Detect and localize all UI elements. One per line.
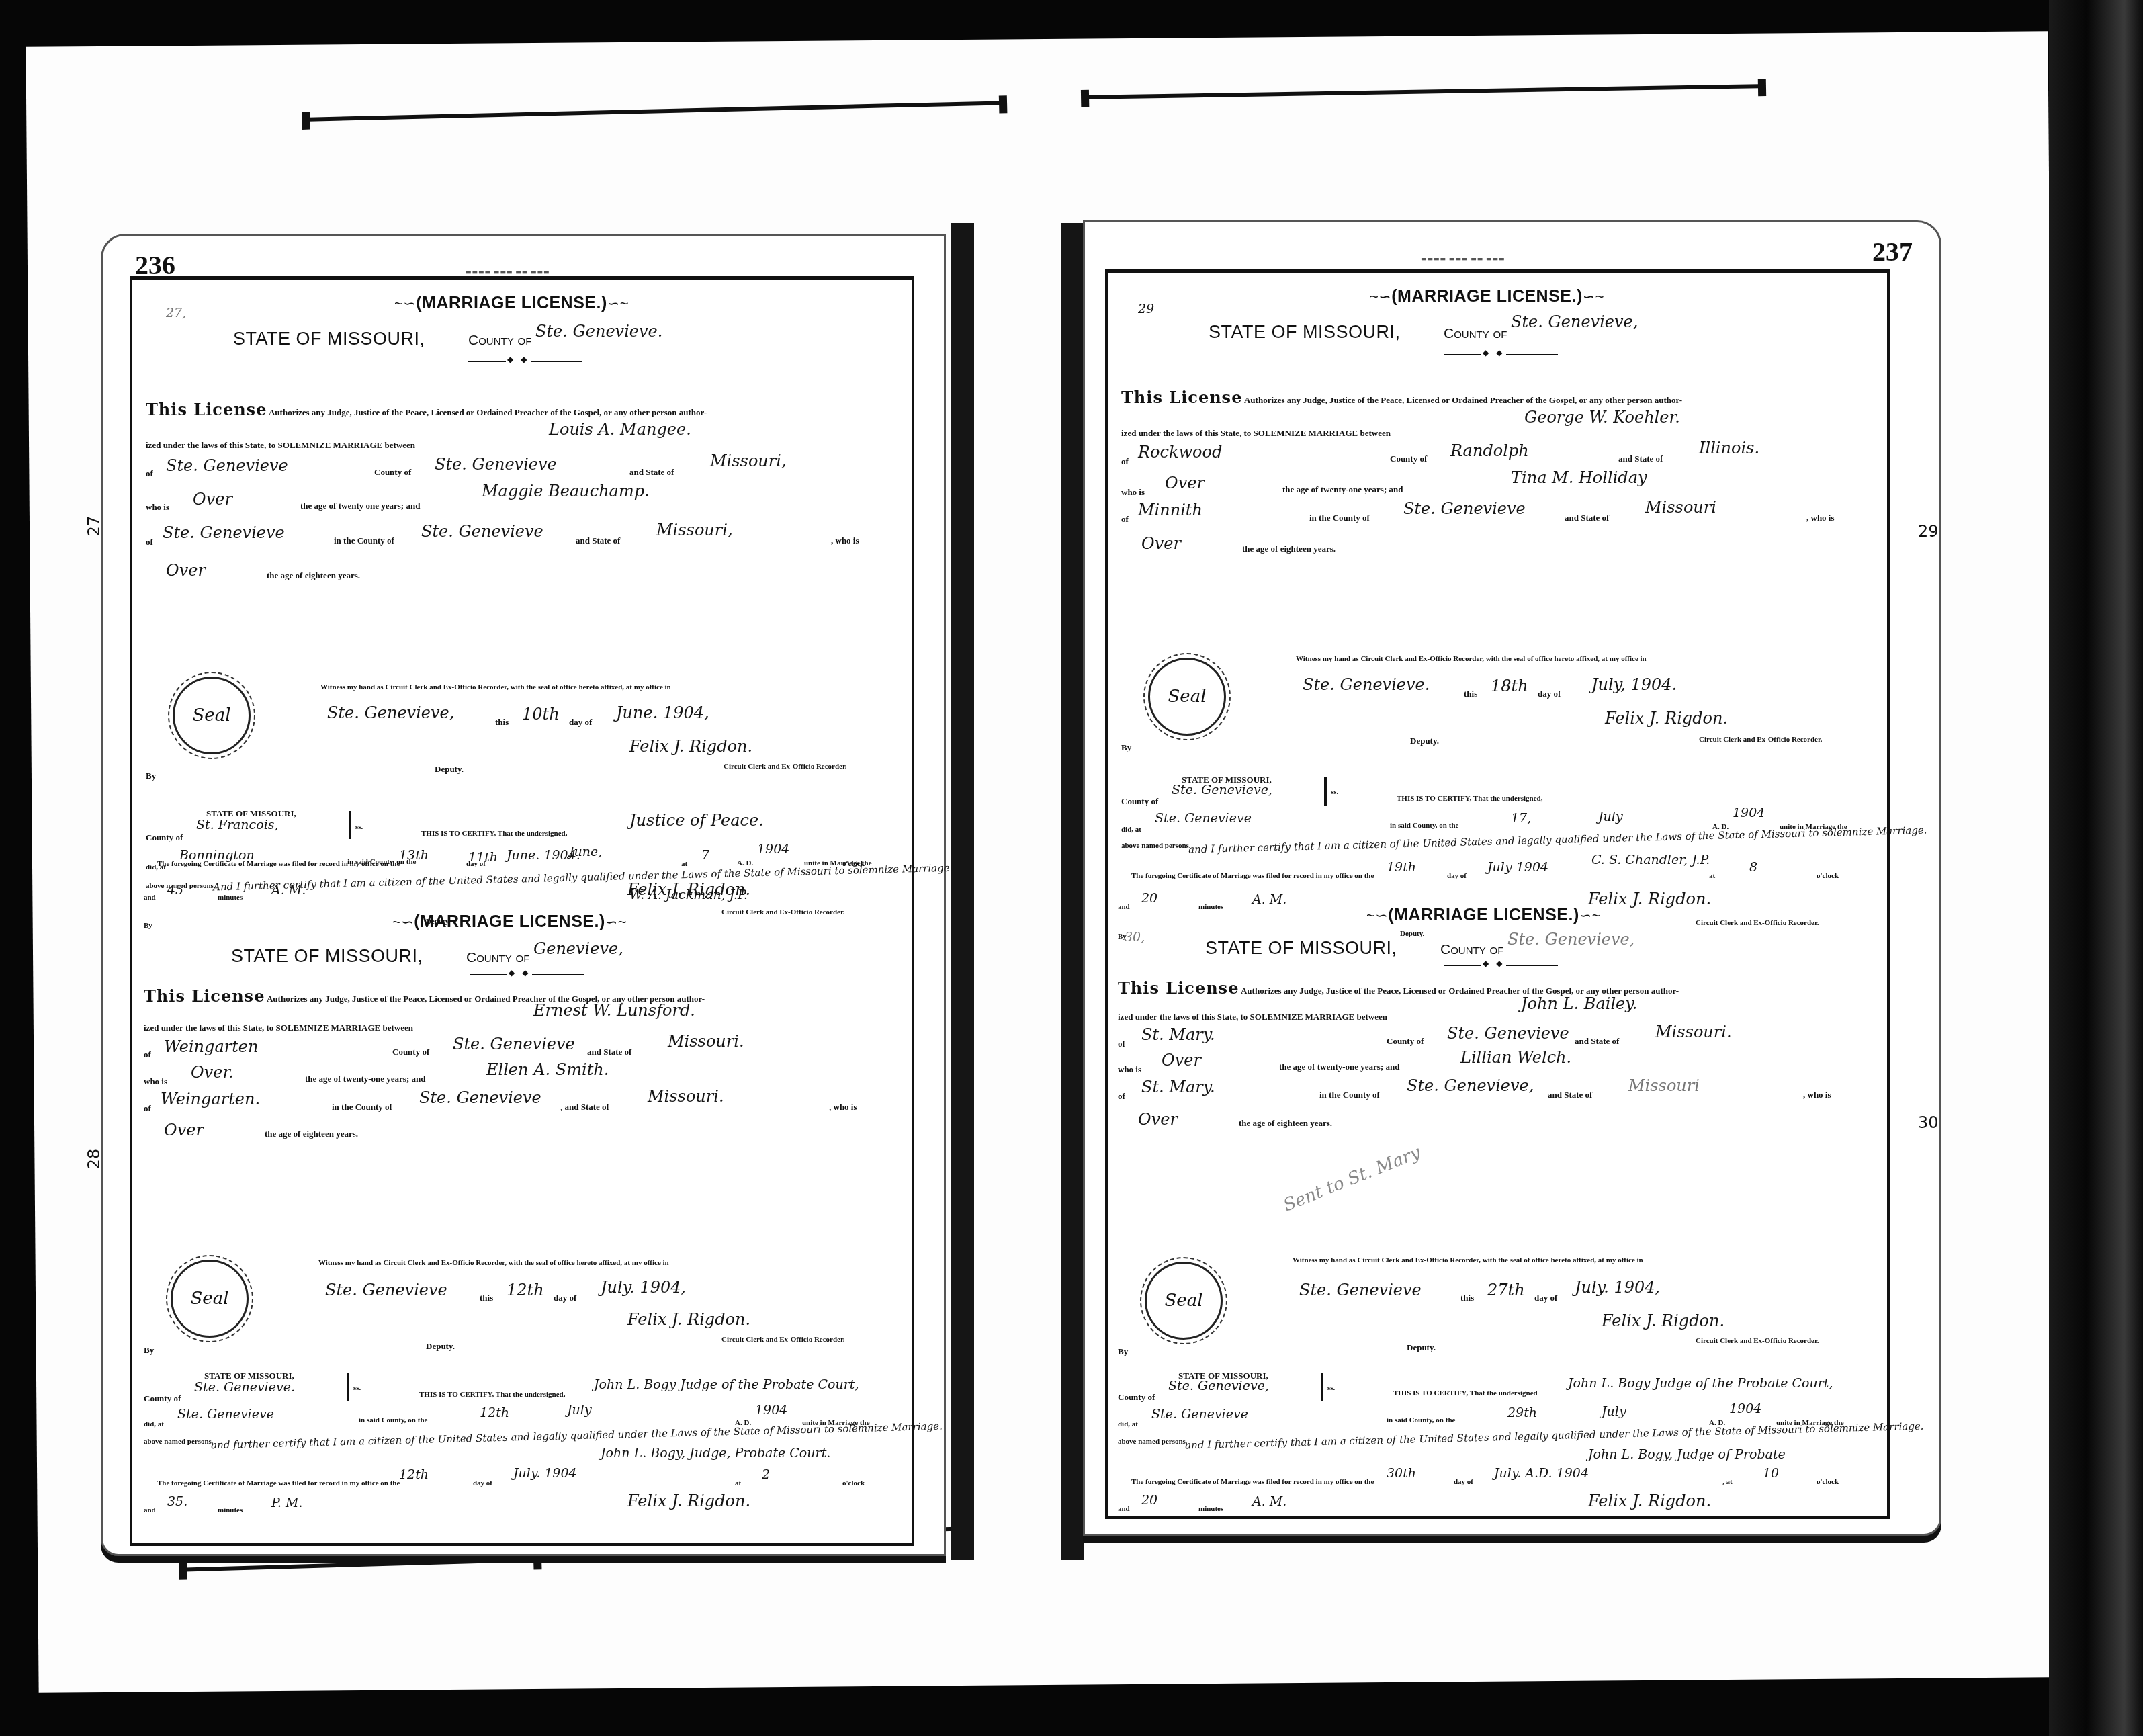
diagonal-annotation: Sent to St. Mary: [1280, 1142, 1423, 1215]
state-of-label: and State of: [1618, 453, 1663, 464]
bride-state: Missouri: [1628, 1076, 1700, 1095]
ornamental-divider: [1444, 354, 1558, 355]
deputy-label: Deputy.: [1410, 736, 1439, 746]
groom-county: Ste. Genevieve: [1447, 1024, 1569, 1043]
day-of-label: day of: [466, 860, 486, 868]
license-title: ~∽(MARRIAGE LICENSE.)∽~: [394, 294, 629, 313]
top-left-binding-rule: [308, 101, 1000, 121]
of-label: of: [144, 1049, 151, 1060]
who-is-suffix: , who is: [831, 535, 859, 546]
clerk-signature: Felix J. Rigdon.: [1602, 1311, 1724, 1330]
bride-county: Ste. Genevieve,: [1407, 1076, 1534, 1095]
ss-label: ss.: [355, 823, 363, 831]
ceremony-month: July: [1598, 810, 1623, 824]
groom-residence: Rockwood: [1138, 443, 1222, 462]
witness-day: 18th: [1491, 677, 1528, 695]
witness-month-year: July. 1904,: [601, 1278, 686, 1297]
day-of-label: day of: [569, 717, 592, 728]
ceremony-month: July: [1602, 1404, 1626, 1419]
filed-day: 12th: [399, 1467, 429, 1482]
in-said-county-label: in said County, on the: [1390, 822, 1458, 830]
license-title: ~∽(MARRIAGE LICENSE.)∽~: [392, 912, 627, 932]
officiant-title: John L. Bogy Judge of the Probate Court,: [1568, 1376, 1833, 1391]
officiant-signature: John L. Bogy, Judge, Probate Court.: [601, 1446, 830, 1461]
county-of-label: County of: [1387, 1036, 1424, 1047]
officiant-signature: John L. Bogy, Judge of Probate: [1588, 1447, 1786, 1462]
witness-day: 27th: [1487, 1281, 1525, 1299]
who-is-suffix: , who is: [1803, 1090, 1831, 1100]
bride-name: Maggie Beauchamp.: [482, 482, 650, 501]
by-label: By: [144, 1345, 154, 1356]
witness-text: Witness my hand as Circuit Clerk and Ex-…: [320, 683, 671, 691]
in-said-county-label: in said County, on the: [359, 1416, 427, 1424]
ceremony-place: Ste. Genevieve: [177, 1407, 274, 1422]
bride-age-text: the age of eighteen years.: [1242, 544, 1336, 554]
binding-gutter-right: [1061, 223, 1084, 1560]
and-label: and: [144, 894, 156, 902]
filed-ampm: P. M.: [271, 1495, 303, 1510]
ceremony-place: Ste. Genevieve: [1151, 1407, 1248, 1422]
groom-state: Missouri.: [1655, 1023, 1732, 1041]
bride-name: Lillian Welch.: [1460, 1048, 1571, 1067]
cert-county: Ste. Genevieve,: [1172, 783, 1272, 797]
deputy-label: Deputy.: [426, 1341, 455, 1352]
cert-county-label: County of: [1121, 796, 1158, 807]
filed-signature: Felix J. Rigdon.: [627, 1491, 750, 1510]
ceremony-year: 1904: [757, 842, 789, 857]
clerk-title: Circuit Clerk and Ex-Officio Recorder.: [1699, 736, 1823, 744]
ceremony-year: 1904: [1733, 806, 1765, 820]
day-of-label: day of: [1447, 872, 1467, 880]
ceremony-day: 29th: [1507, 1405, 1537, 1420]
who-is-suffix: , who is: [829, 1102, 857, 1113]
this-license-line: This License Authorizes any Judge, Justi…: [1121, 388, 1682, 407]
filed-minutes: 45: [167, 883, 183, 898]
did-at-label: did, at: [144, 1420, 164, 1428]
witness-month-year: July. 1904,: [1575, 1278, 1660, 1297]
ss-label: ss.: [353, 1384, 361, 1392]
filed-signature: Felix J. Rigdon.: [627, 880, 750, 899]
in-county-label: in the County of: [1319, 1090, 1380, 1100]
in-county-label: in the County of: [332, 1102, 392, 1113]
filed-month-year: July 1904: [1487, 860, 1548, 875]
this-license-line: This License Authorizes any Judge, Justi…: [146, 400, 707, 419]
groom-age: Over: [193, 490, 232, 509]
county-label: County of: [1444, 326, 1507, 342]
bride-age: Over: [1141, 534, 1181, 553]
page-number: 237: [1872, 236, 1913, 267]
minutes-label: minutes: [218, 894, 243, 902]
who-is-label: who is: [1121, 487, 1145, 498]
filed-ampm: A. M.: [1252, 1494, 1286, 1509]
margin-note-28: 28: [85, 1149, 103, 1170]
state-of-label: and State of: [1575, 1036, 1619, 1047]
bride-county: Ste. Genevieve: [1403, 499, 1526, 518]
groom-name: George W. Koehler.: [1524, 408, 1680, 427]
cert-county-label: County of: [144, 1393, 181, 1404]
county-label: County of: [1440, 942, 1503, 958]
of-label: of: [1118, 1039, 1125, 1049]
certify-text: THIS IS TO CERTIFY, That the undersigned…: [419, 1391, 565, 1399]
brace: [1321, 1373, 1323, 1401]
state-of-label: and State of: [629, 467, 674, 478]
clerk-signature: Felix J. Rigdon.: [629, 737, 752, 756]
handwritten-certification: and I further certify that I am a citize…: [1188, 824, 1927, 856]
ornamental-divider: [1444, 965, 1558, 966]
who-is-suffix: , who is: [1806, 513, 1835, 523]
groom-name: Louis A. Mangee.: [549, 420, 691, 439]
witness-text: Witness my hand as Circuit Clerk and Ex-…: [1293, 1256, 1643, 1264]
and-label: and: [1118, 1505, 1130, 1513]
ceremony-place: Ste. Genevieve: [1155, 811, 1252, 826]
day-of-label: day of: [554, 1293, 576, 1303]
state-of-label: and State of: [1548, 1090, 1592, 1100]
solemnize-line: ized under the laws of this State, to SO…: [146, 440, 415, 451]
brace: [347, 1373, 349, 1401]
bride-county: Ste. Genevieve: [419, 1088, 541, 1107]
ceremony-year: 1904: [1729, 1401, 1761, 1416]
filed-text: The foregoing Certificate of Marriage wa…: [1131, 1478, 1374, 1486]
solemnize-line: ized under the laws of this State, to SO…: [144, 1023, 413, 1033]
ad-label: A. D.: [737, 859, 753, 867]
filed-day: 30th: [1387, 1466, 1416, 1481]
state-of-label: and State of: [576, 535, 620, 546]
who-is-label: who is: [144, 1076, 167, 1087]
record-number: 29: [1138, 302, 1154, 316]
filed-text: The foregoing Certificate of Marriage wa…: [1131, 872, 1374, 880]
groom-age: Over.: [191, 1063, 234, 1082]
witness-text: Witness my hand as Circuit Clerk and Ex-…: [318, 1259, 669, 1267]
day-of-label: day of: [473, 1479, 492, 1487]
state-heading: STATE OF MISSOURI,: [1205, 938, 1397, 959]
filed-minutes: 35.: [167, 1494, 187, 1509]
bride-residence: Ste. Genevieve: [163, 523, 285, 542]
oclock-label: o'clock: [1817, 872, 1839, 880]
certify-text: THIS IS TO CERTIFY, That the undersigned…: [1397, 795, 1542, 803]
witness-month-year: July, 1904.: [1591, 675, 1677, 694]
by-label: By: [1121, 742, 1131, 753]
who-is-label: who is: [146, 502, 169, 513]
office-seal: Seal: [1145, 1262, 1223, 1340]
of-label: of: [1121, 514, 1129, 525]
witness-place: Ste. Genevieve,: [327, 703, 454, 722]
state-of-label: and State of: [1565, 513, 1609, 523]
county-value: Genevieve,: [533, 939, 623, 958]
above-named-label: above named persons.: [1118, 1438, 1188, 1446]
day-of-label: day of: [1538, 689, 1561, 699]
this-label: this: [1464, 689, 1477, 699]
clerk-signature: Felix J. Rigdon.: [627, 1310, 750, 1329]
state-heading: STATE OF MISSOURI,: [1209, 322, 1401, 343]
bride-age-text: the age of eighteen years.: [265, 1129, 358, 1139]
in-county-label: in the County of: [1309, 513, 1370, 523]
officiant-title: Justice of Peace.: [629, 811, 764, 830]
and-label: and: [144, 1506, 156, 1514]
solemnize-line: ized under the laws of this State, to SO…: [1121, 428, 1391, 439]
cert-county: Ste. Genevieve.: [194, 1380, 295, 1395]
county-value: Ste. Genevieve.: [535, 322, 662, 341]
above-named-label: above named persons.: [1121, 842, 1191, 850]
bride-age: Over: [166, 561, 206, 580]
county-of-label: County of: [374, 467, 411, 478]
at-label: , at: [1722, 1478, 1733, 1486]
day-of-label: day of: [1454, 1478, 1473, 1486]
did-at-label: did, at: [1118, 1420, 1138, 1428]
this-label: this: [1460, 1293, 1474, 1303]
minutes-label: minutes: [1198, 1505, 1223, 1513]
did-at-label: did, at: [1121, 826, 1141, 834]
county-value: Ste. Genevieve,: [1507, 930, 1634, 949]
who-is-label: who is: [1118, 1064, 1141, 1075]
deputy-label: Deputy.: [435, 764, 464, 775]
marriage-license-record: ~∽(MARRIAGE LICENSE.)∽~ STATE OF MISSOUR…: [130, 907, 910, 1525]
handwritten-certification: and further certify that I am a citizen …: [211, 1420, 943, 1452]
ss-label: ss.: [1327, 1384, 1335, 1392]
officiant-title: John L. Bogy Judge of the Probate Court,: [594, 1377, 859, 1392]
witness-day: 12th: [507, 1281, 544, 1299]
ceremony-month: July: [567, 1403, 592, 1418]
filed-hour: 10: [1763, 1466, 1779, 1481]
license-title: ~∽(MARRIAGE LICENSE.)∽~: [1366, 906, 1601, 925]
marriage-license-record: 27, ~∽(MARRIAGE LICENSE.)∽~ STATE OF MIS…: [132, 280, 912, 912]
bottom-left-binding-rule: [185, 1558, 535, 1572]
brace: [1324, 777, 1327, 806]
day-of-label: day of: [1534, 1293, 1557, 1303]
minutes-label: minutes: [218, 1506, 243, 1514]
groom-residence: Ste. Genevieve: [166, 456, 288, 475]
binding-gutter-left: [951, 223, 974, 1560]
margin-note-30: 30: [1918, 1113, 1939, 1132]
witness-place: Ste. Genevieve.: [1303, 675, 1430, 694]
at-label: at: [681, 860, 687, 868]
of-label: of: [1118, 1091, 1125, 1102]
cert-county: Ste. Genevieve,: [1168, 1379, 1269, 1393]
at-label: at: [1709, 872, 1715, 880]
bride-name: Tina M. Holliday: [1511, 468, 1647, 487]
this-label: this: [495, 717, 509, 728]
clerk-signature: Felix J. Rigdon.: [1605, 709, 1728, 728]
of-label: of: [144, 1103, 151, 1114]
bride-age-text: the age of eighteen years.: [1239, 1118, 1332, 1129]
witness-place: Ste. Genevieve: [325, 1281, 447, 1299]
cert-county-label: County of: [146, 832, 183, 843]
printer-imprint: ▬▬▬▬ ▬▬▬ ▬▬ ▬▬▬: [466, 269, 550, 276]
county-of-label: County of: [1390, 453, 1427, 464]
groom-name: John L. Bailey.: [1521, 994, 1637, 1013]
bride-residence: Minnith: [1138, 501, 1202, 519]
record-number: 27,: [166, 306, 186, 320]
bride-residence: St. Mary.: [1141, 1078, 1215, 1096]
filed-hour: 2: [762, 1467, 770, 1482]
certify-text: THIS IS TO CERTIFY, That the undersigned…: [421, 830, 567, 838]
by-label: By: [1118, 1346, 1128, 1357]
oclock-label: o'clock: [842, 860, 865, 868]
filed-hour: 7: [701, 848, 709, 863]
filed-ampm: A. M.: [271, 883, 306, 898]
groom-age-text: the age of twenty-one years; and: [305, 1074, 425, 1084]
county-value: Ste. Genevieve,: [1511, 312, 1638, 331]
bride-state: Missouri,: [656, 521, 733, 539]
cert-county-label: County of: [1118, 1392, 1155, 1403]
cert-county: St. Francois,: [196, 818, 279, 832]
state-of-label: , and State of: [560, 1102, 609, 1113]
scan-edge-shadow: [2049, 0, 2143, 1736]
brace: [349, 811, 351, 839]
at-label: at: [735, 1479, 741, 1487]
margin-note-27: 27: [85, 516, 103, 537]
ornamental-divider: [468, 361, 582, 362]
county-label: County of: [468, 333, 531, 349]
of-label: of: [146, 537, 153, 548]
groom-name: Ernest W. Lunsford.: [533, 1001, 695, 1020]
groom-age-text: the age of twenty-one years; and: [1282, 484, 1403, 495]
top-right-binding-rule: [1088, 84, 1759, 99]
filed-month-year: July. A.D. 1904: [1494, 1466, 1589, 1481]
bride-county: Ste. Genevieve: [421, 522, 543, 541]
clerk-title: Circuit Clerk and Ex-Officio Recorder.: [1696, 1337, 1819, 1345]
bride-age: Over: [164, 1121, 204, 1139]
bride-age: Over: [1138, 1110, 1178, 1129]
oclock-label: o'clock: [842, 1479, 865, 1487]
of-label: of: [146, 468, 153, 479]
state-of-label: and State of: [587, 1047, 631, 1057]
oclock-label: o'clock: [1817, 1478, 1839, 1486]
filed-month-year: July. 1904: [513, 1466, 577, 1481]
bride-state: Missouri: [1645, 498, 1716, 517]
marriage-license-record: 30, ~∽(MARRIAGE LICENSE.)∽~ STATE OF MIS…: [1104, 900, 1884, 1518]
filed-day: 19th: [1387, 860, 1416, 875]
groom-residence: St. Mary.: [1141, 1025, 1215, 1044]
ceremony-year: 1904: [755, 1403, 787, 1418]
clerk-title: Circuit Clerk and Ex-Officio Recorder.: [721, 1336, 845, 1344]
filed-month-year: June. 1904.: [507, 848, 580, 863]
printer-imprint: ▬▬▬▬ ▬▬▬ ▬▬ ▬▬▬: [1421, 256, 1505, 263]
groom-state: Missouri,: [710, 451, 787, 470]
margin-note-29: 29: [1918, 522, 1939, 541]
filed-text: The foregoing Certificate of Marriage wa…: [157, 1479, 400, 1487]
filed-minutes: 20: [1141, 1493, 1157, 1508]
license-title: ~∽(MARRIAGE LICENSE.)∽~: [1370, 287, 1604, 306]
filed-signature: Felix J. Rigdon.: [1588, 1491, 1711, 1510]
witness-day: 10th: [522, 705, 560, 724]
county-of-label: County of: [392, 1047, 429, 1057]
state-heading: STATE OF MISSOURI,: [231, 946, 423, 967]
officiant-signature: C. S. Chandler, J.P.: [1591, 853, 1710, 867]
office-seal: Seal: [1148, 658, 1226, 736]
clerk-title: Circuit Clerk and Ex-Officio Recorder.: [724, 763, 847, 771]
witness-place: Ste. Genevieve: [1299, 1281, 1422, 1299]
groom-state: Illinois.: [1699, 439, 1759, 458]
handwritten-certification: and I further certify that I am a citize…: [1185, 1420, 1924, 1452]
office-seal: Seal: [173, 677, 251, 754]
marriage-license-record: 29 ~∽(MARRIAGE LICENSE.)∽~ STATE OF MISS…: [1108, 273, 1887, 905]
bride-name: Ellen A. Smith.: [486, 1060, 609, 1079]
ss-label: ss.: [1331, 788, 1338, 796]
in-county-label: in the County of: [334, 535, 394, 546]
groom-age-text: the age of twenty one years; and: [300, 501, 420, 511]
ceremony-day: 12th: [480, 1405, 509, 1420]
witness-month-year: June. 1904,: [616, 703, 709, 722]
office-seal: Seal: [171, 1260, 249, 1338]
filed-hour: 8: [1749, 860, 1757, 875]
groom-state: Missouri.: [668, 1032, 744, 1051]
bride-residence: Weingarten.: [161, 1090, 260, 1109]
by-label: By: [146, 771, 156, 781]
bride-age-text: the age of eighteen years.: [267, 570, 360, 581]
groom-age: Over: [1162, 1051, 1201, 1070]
groom-residence: Weingarten: [164, 1037, 259, 1056]
deputy-label: Deputy.: [1407, 1342, 1436, 1353]
groom-county: Ste. Genevieve: [435, 455, 557, 474]
filed-text: The foregoing Certificate of Marriage wa…: [157, 860, 400, 868]
groom-county: Randolph: [1450, 441, 1529, 460]
filed-day: 13th: [399, 848, 429, 863]
witness-text: Witness my hand as Circuit Clerk and Ex-…: [1296, 655, 1647, 663]
groom-county: Ste. Genevieve: [453, 1035, 575, 1053]
ornamental-divider: [470, 974, 584, 975]
ceremony-day: 17,: [1511, 811, 1531, 826]
above-named-label: above named persons.: [144, 1438, 214, 1446]
record-number: 30,: [1125, 930, 1145, 945]
in-said-county-label: in said County, on the: [1387, 1416, 1455, 1424]
of-label: of: [1121, 456, 1129, 467]
groom-age: Over: [1165, 474, 1205, 492]
certify-text: THIS IS TO CERTIFY, That the undersigned: [1393, 1389, 1538, 1397]
county-label: County of: [466, 950, 529, 966]
groom-age-text: the age of twenty-one years; and: [1279, 1061, 1399, 1072]
this-label: this: [480, 1293, 493, 1303]
bride-state: Missouri.: [648, 1087, 724, 1106]
state-heading: STATE OF MISSOURI,: [233, 329, 425, 349]
solemnize-line: ized under the laws of this State, to SO…: [1118, 1012, 1387, 1023]
